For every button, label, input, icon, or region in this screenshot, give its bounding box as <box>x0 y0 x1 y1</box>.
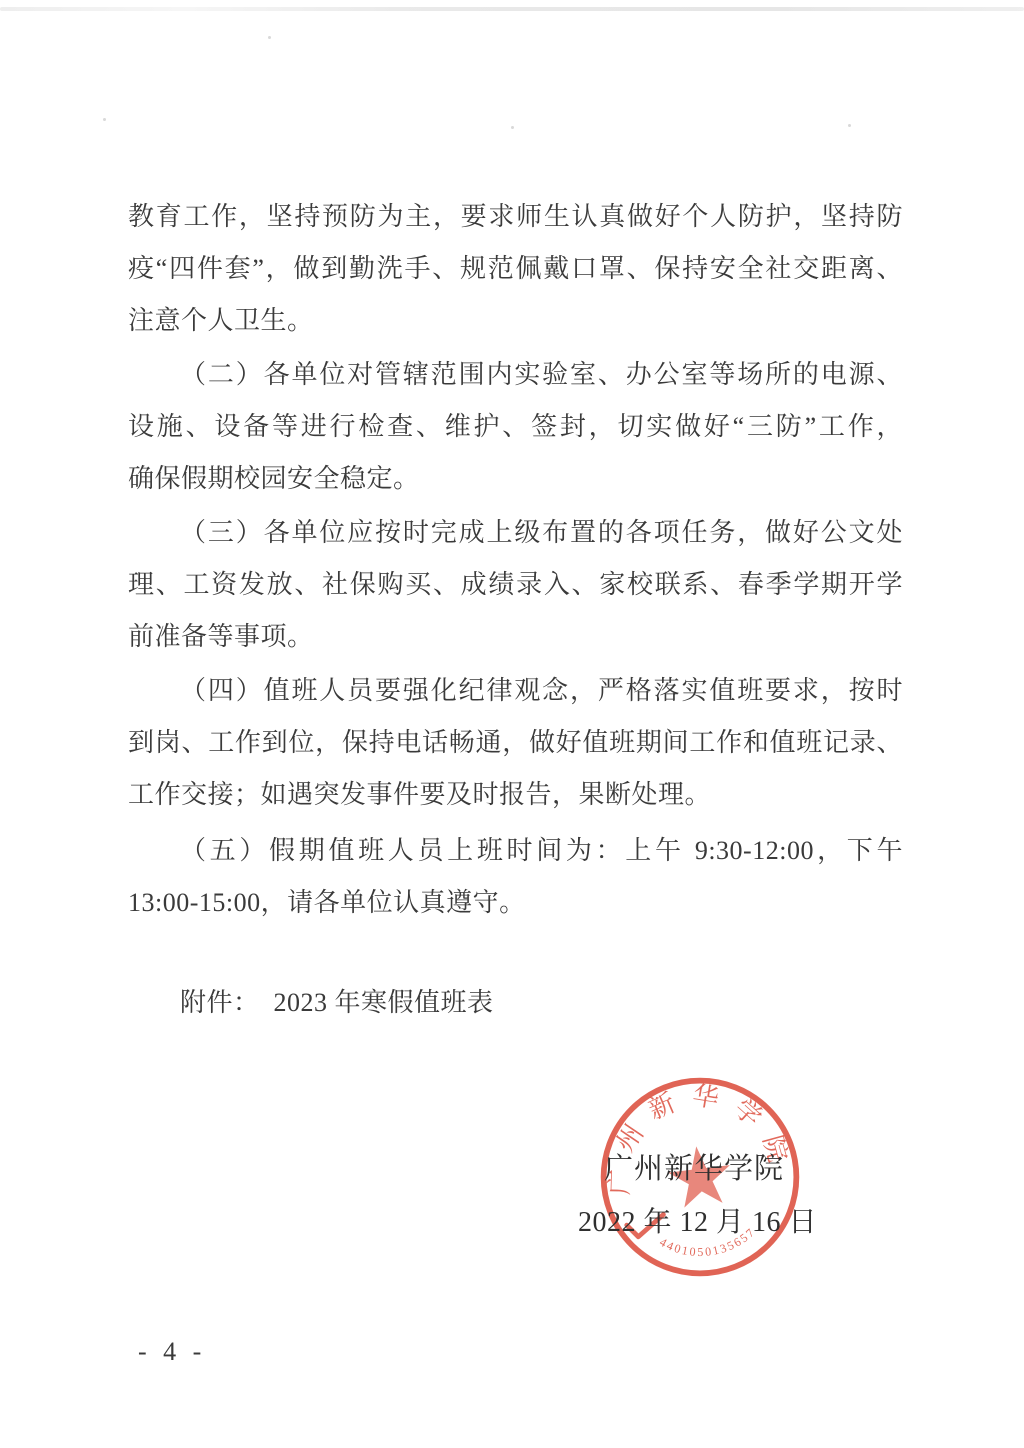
body-text-line: 疫“四件套”，做到勤洗手、规范佩戴口罩、保持安全社交距离、 <box>128 243 903 295</box>
scan-speck <box>848 124 851 127</box>
scan-artifact-line <box>0 7 1024 11</box>
paragraph-item-4: （四）值班人员要强化纪律观念，严格落实值班要求，按时 到岗、工作到位，保持电话畅… <box>128 665 903 821</box>
body-text-line: （五）假期值班人员上班时间为：上午 9:30-12:00，下午 <box>128 825 903 877</box>
paragraph-continuation: 教育工作，坚持预防为主，要求师生认真做好个人防护，坚持防 疫“四件套”，做到勤洗… <box>128 191 903 347</box>
document-body: 教育工作，坚持预防为主，要求师生认真做好个人防护，坚持防 疫“四件套”，做到勤洗… <box>128 191 903 1029</box>
body-text-line: （四）值班人员要强化纪律观念，严格落实值班要求，按时 <box>128 665 903 717</box>
body-text-line: 13:00-15:00，请各单位认真遵守。 <box>128 877 903 929</box>
body-text-line: 教育工作，坚持预防为主，要求师生认真做好个人防护，坚持防 <box>128 191 903 243</box>
scan-speck <box>511 126 514 129</box>
body-text-line: （三）各单位应按时完成上级布置的各项任务，做好公文处 <box>128 507 903 559</box>
body-text-line: 确保假期校园安全稳定。 <box>128 453 903 505</box>
body-text-line: 到岗、工作到位，保持电话畅通，做好值班期间工作和值班记录、 <box>128 717 903 769</box>
scan-speck <box>103 118 106 121</box>
body-text-line: 工作交接；如遇突发事件要及时报告，果断处理。 <box>128 769 903 821</box>
document-page: 教育工作，坚持预防为主，要求师生认真做好个人防护，坚持防 疫“四件套”，做到勤洗… <box>0 0 1024 1448</box>
paragraph-item-2: （二）各单位对管辖范围内实验室、办公室等场所的电源、 设施、设备等进行检查、维护… <box>128 349 903 505</box>
page-number: - 4 - <box>138 1337 206 1367</box>
signature-date: 2022 年 12 月 16 日 <box>578 1200 817 1240</box>
paragraph-item-3: （三）各单位应按时完成上级布置的各项任务，做好公文处 理、工资发放、社保购买、成… <box>128 507 903 663</box>
body-text-line: （二）各单位对管辖范围内实验室、办公室等场所的电源、 <box>128 349 903 401</box>
body-text-line: 注意个人卫生。 <box>128 295 903 347</box>
body-text-line: 理、工资发放、社保购买、成绩录入、家校联系、春季学期开学 <box>128 559 903 611</box>
paragraph-item-5: （五）假期值班人员上班时间为：上午 9:30-12:00，下午 13:00-15… <box>128 825 903 929</box>
signature-org: 广州新华学院 <box>604 1146 784 1187</box>
scan-speck <box>268 36 271 39</box>
attachment-line: 附件： 2023 年寒假值班表 <box>128 977 903 1029</box>
body-text-line: 设施、设备等进行检查、维护、签封，切实做好“三防”工作， <box>128 401 903 453</box>
body-text-line: 前准备等事项。 <box>128 611 903 663</box>
